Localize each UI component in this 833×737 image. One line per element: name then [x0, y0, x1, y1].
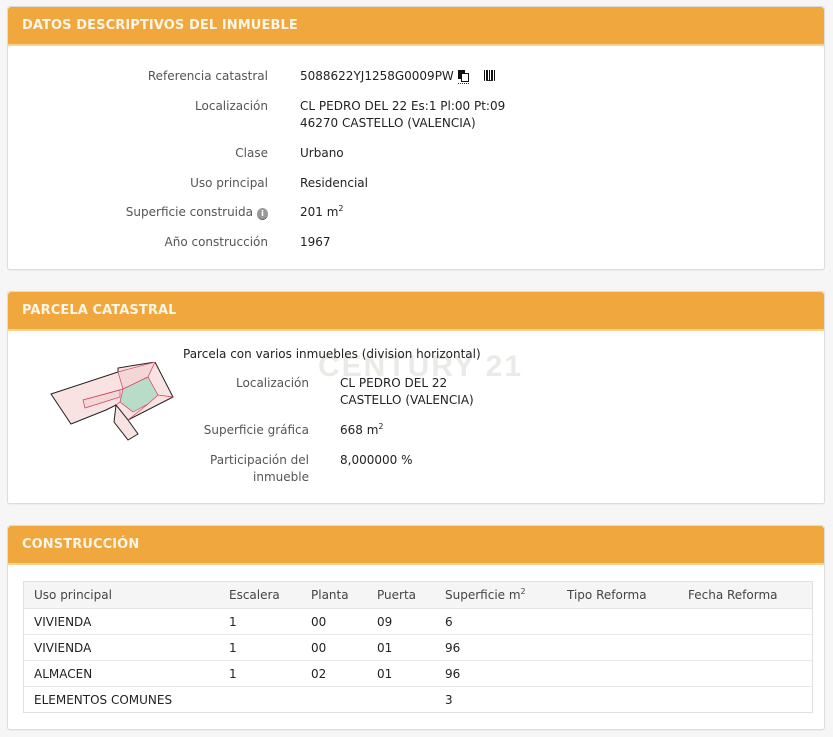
table-row: VIVIENDA1000196: [24, 635, 812, 661]
localizacion-value: CL PEDRO DEL 22 CASTELLO (VALENCIA): [340, 375, 474, 409]
table-cell: 1: [219, 609, 301, 635]
table-cell: [678, 609, 812, 635]
table-cell: 01: [367, 635, 435, 661]
unit-exponent: 2: [378, 422, 383, 431]
referencia-label: Referencia catastral: [148, 68, 268, 85]
participacion-label-line2: inmueble: [253, 470, 309, 484]
superficie-number: 201 m: [300, 205, 338, 219]
panel-header: DATOS DESCRIPTIVOS DEL INMUEBLE: [8, 7, 824, 46]
superficie-label-wrap: Superficie construidai: [126, 204, 268, 221]
table-cell: [678, 635, 812, 661]
participacion-label: Participación del inmueble: [210, 452, 309, 486]
participacion-label-line1: Participación del: [210, 453, 309, 467]
parcel-map-image[interactable]: [48, 362, 178, 447]
table-cell: VIVIENDA: [24, 609, 219, 635]
table-cell: 1: [219, 635, 301, 661]
col-puerta: Puerta: [367, 582, 435, 609]
localizacion-line2: 46270 CASTELLO (VALENCIA): [300, 116, 476, 130]
panel-title: PARCELA CATASTRAL: [22, 303, 177, 318]
panel-header: CONSTRUCCIÓN: [8, 526, 824, 565]
col-superficie: Superficie m2: [435, 582, 557, 609]
superficie-label: Superficie construida: [126, 205, 253, 219]
table-cell: 00: [301, 635, 367, 661]
col-planta: Planta: [301, 582, 367, 609]
table-cell: [557, 687, 678, 713]
table-cell: 1: [219, 661, 301, 687]
construccion-table: Uso principal Escalera Planta Puerta Sup…: [23, 581, 813, 713]
unit-exponent: 2: [338, 204, 343, 213]
table-cell: ELEMENTOS COMUNES: [24, 687, 219, 713]
localizacion-label: Localización: [236, 375, 309, 392]
col-tipo-reforma: Tipo Reforma: [557, 582, 678, 609]
table-cell: [557, 661, 678, 687]
anio-value: 1967: [300, 234, 331, 251]
table-cell: 00: [301, 609, 367, 635]
table-cell: [219, 687, 301, 713]
parcela-description: Parcela con varios inmuebles (division h…: [183, 346, 481, 363]
localizacion-line1: CL PEDRO DEL 22 Es:1 Pl:00 Pt:09: [300, 99, 505, 113]
clase-value: Urbano: [300, 145, 344, 162]
localizacion-line2: CASTELLO (VALENCIA): [340, 393, 474, 407]
superficie-grafica-value: 668 m2: [340, 422, 384, 439]
table-cell: 3: [435, 687, 557, 713]
table-cell: [557, 609, 678, 635]
anio-label: Año construcción: [165, 234, 269, 251]
col-superficie-label: Superficie m: [445, 588, 521, 602]
superficie-grafica-label: Superficie gráfica: [204, 422, 309, 439]
table-cell: [557, 635, 678, 661]
panel-title: DATOS DESCRIPTIVOS DEL INMUEBLE: [22, 18, 298, 33]
participacion-value: 8,000000 %: [340, 452, 412, 469]
table-cell: [678, 687, 812, 713]
table-cell: [301, 687, 367, 713]
table-cell: [678, 661, 812, 687]
referencia-text[interactable]: 5088622YJ1258G0009PW: [300, 69, 454, 83]
table-header-row: Uso principal Escalera Planta Puerta Sup…: [24, 582, 812, 609]
table-cell: 01: [367, 661, 435, 687]
panel-title: CONSTRUCCIÓN: [22, 537, 139, 552]
copy-icon[interactable]: [458, 70, 468, 81]
superficie-value: 201 m2: [300, 204, 344, 221]
localizacion-label: Localización: [195, 98, 268, 115]
table-cell: ALMACEN: [24, 661, 219, 687]
table-cell: 09: [367, 609, 435, 635]
uso-label: Uso principal: [190, 175, 268, 192]
table-row: VIVIENDA100096: [24, 609, 812, 635]
construccion-panel: CONSTRUCCIÓN Uso principal Escalera Plan…: [7, 525, 825, 730]
table-row: ALMACEN1020196: [24, 661, 812, 687]
col-uso-principal: Uso principal: [24, 582, 219, 609]
table-cell: 02: [301, 661, 367, 687]
referencia-value: 5088622YJ1258G0009PW: [300, 68, 495, 85]
barcode-icon[interactable]: [484, 70, 495, 81]
table-cell: 6: [435, 609, 557, 635]
localizacion-line1: CL PEDRO DEL 22: [340, 376, 447, 390]
table-row: ELEMENTOS COMUNES3: [24, 687, 812, 713]
table-cell: [367, 687, 435, 713]
col-escalera: Escalera: [219, 582, 301, 609]
datos-descriptivos-panel: DATOS DESCRIPTIVOS DEL INMUEBLE Referenc…: [7, 6, 825, 270]
panel-header: PARCELA CATASTRAL: [8, 292, 824, 331]
info-icon[interactable]: i: [257, 208, 268, 220]
table-cell: 96: [435, 661, 557, 687]
clase-label: Clase: [235, 145, 268, 162]
superficie-number: 668 m: [340, 423, 378, 437]
table-cell: VIVIENDA: [24, 635, 219, 661]
localizacion-value: CL PEDRO DEL 22 Es:1 Pl:00 Pt:09 46270 C…: [300, 98, 505, 132]
table-cell: 96: [435, 635, 557, 661]
uso-value: Residencial: [300, 175, 368, 192]
parcela-catastral-panel: PARCELA CATASTRAL CENTURY 21 Parcela con…: [7, 291, 825, 504]
col-fecha-reforma: Fecha Reforma: [678, 582, 812, 609]
unit-exponent: 2: [521, 587, 526, 596]
